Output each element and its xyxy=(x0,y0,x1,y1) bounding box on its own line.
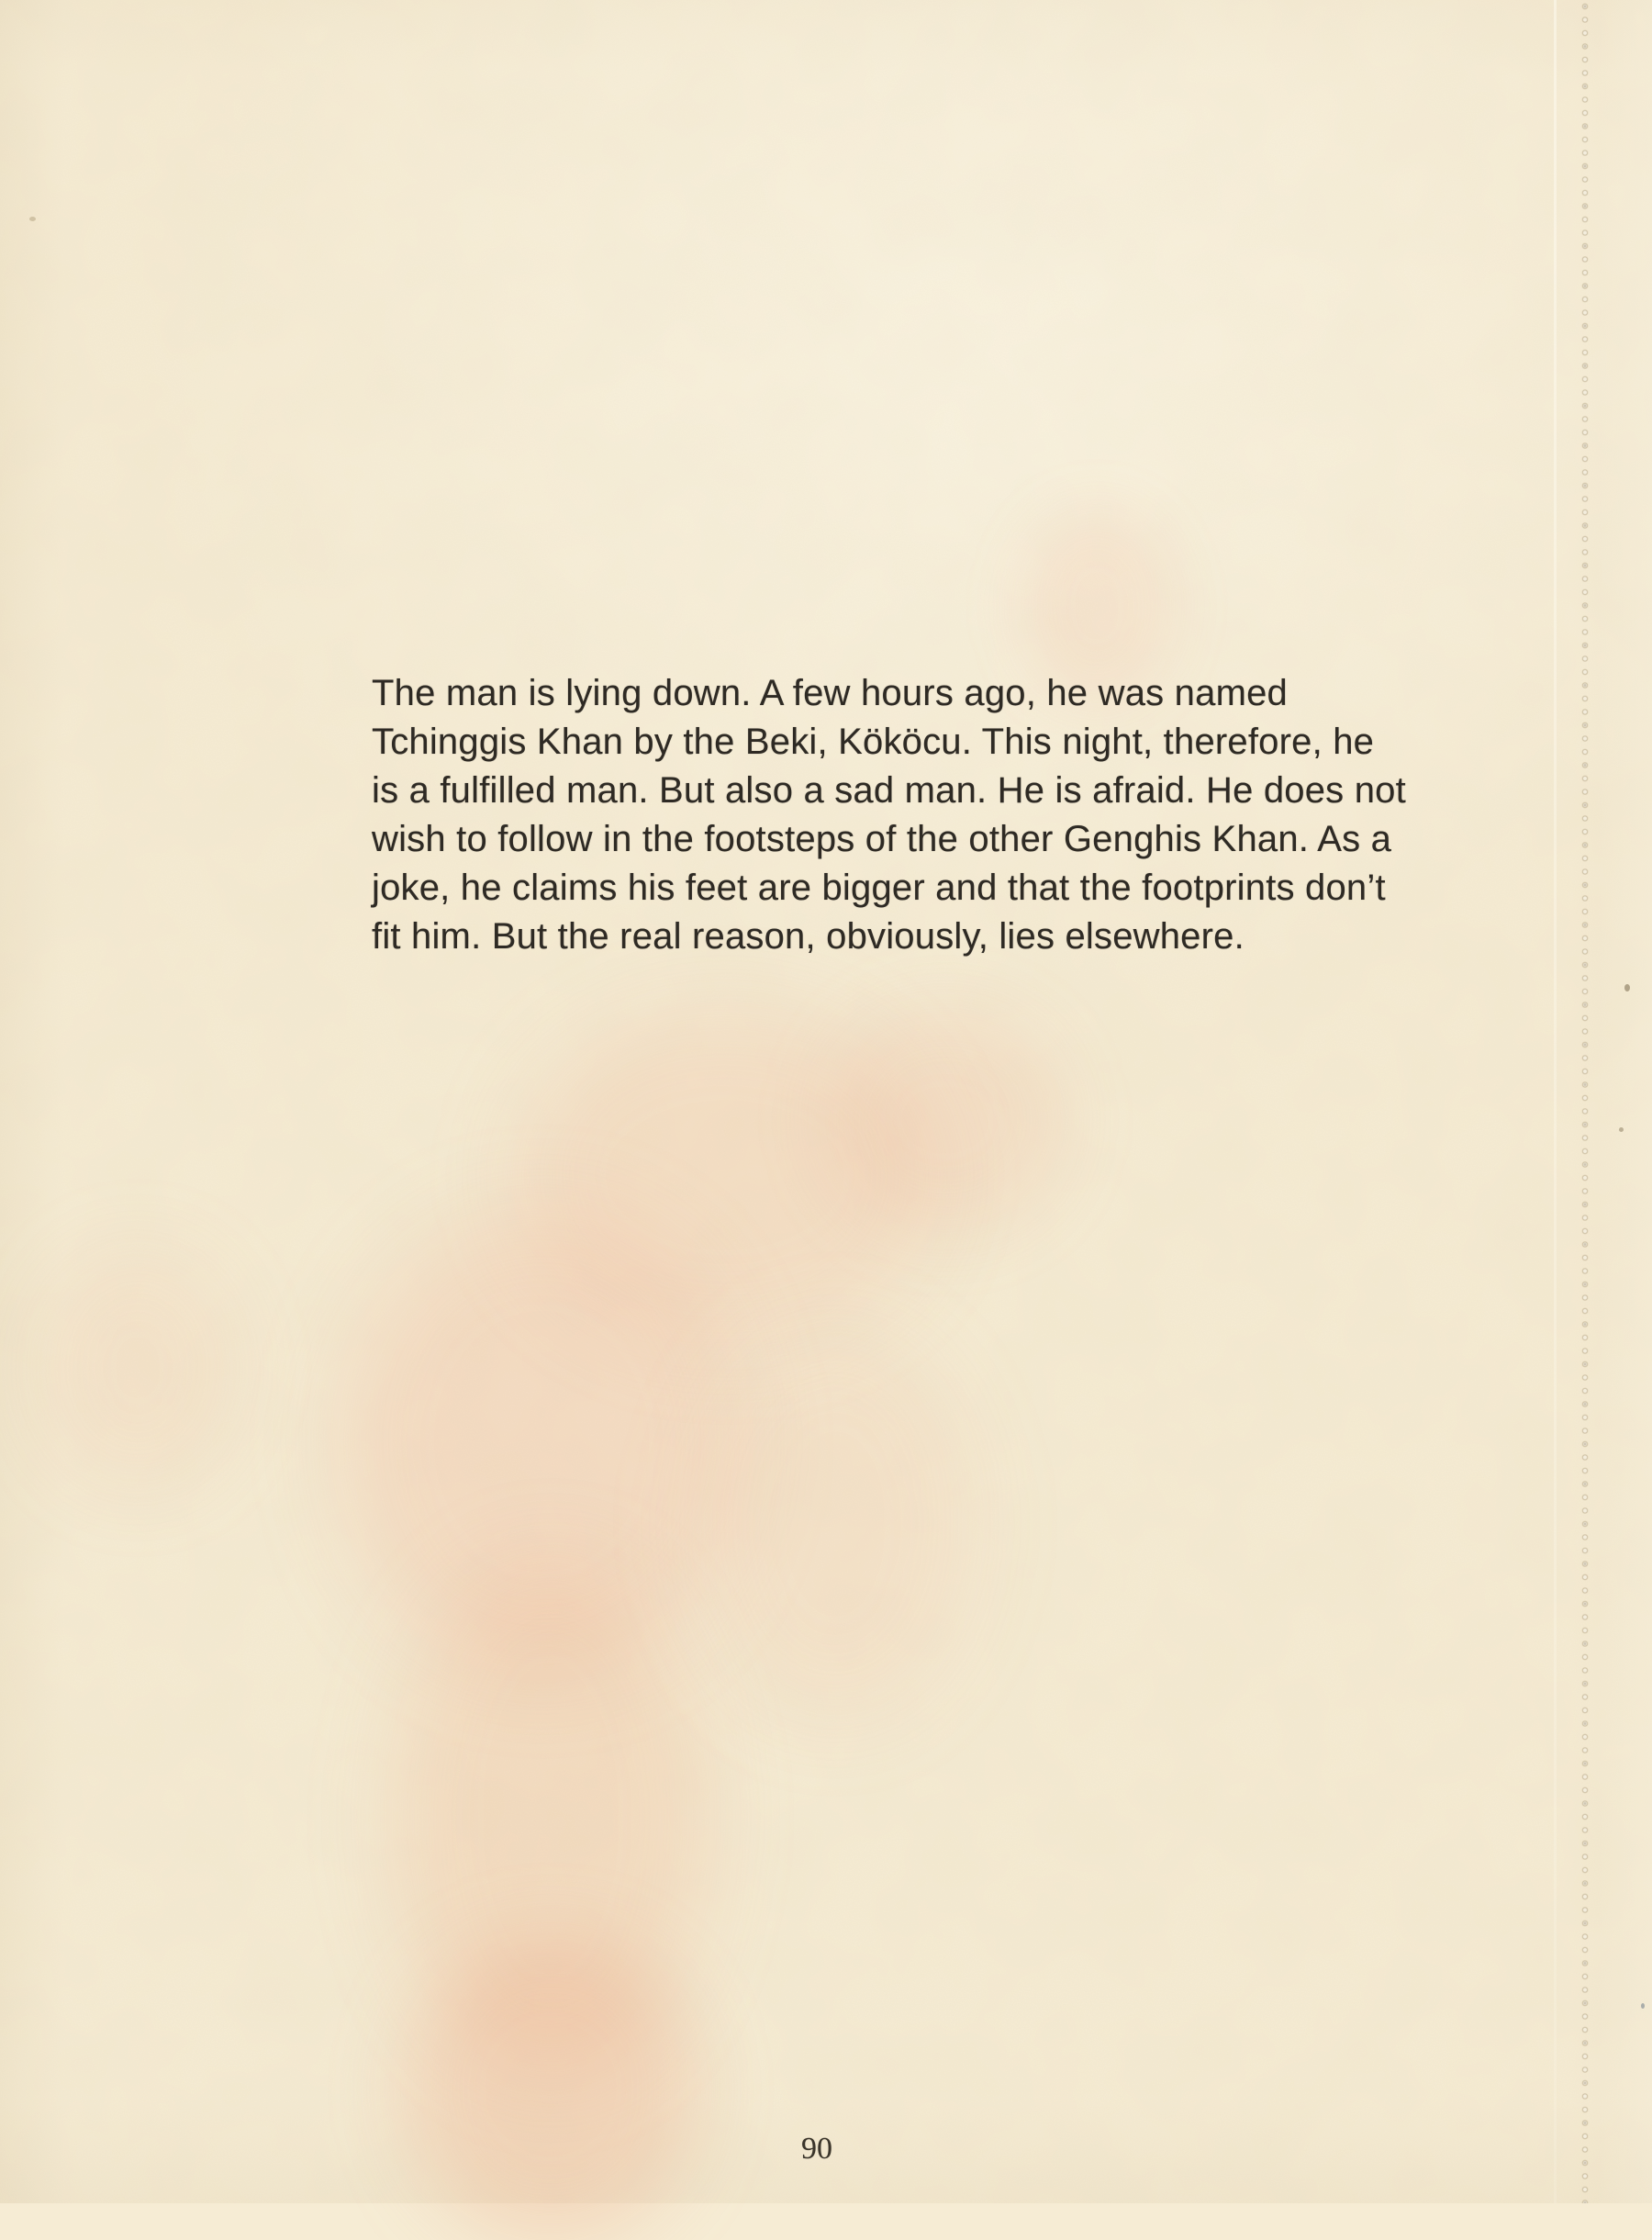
perforation-dotted-line xyxy=(1579,0,1591,2203)
dust-speck xyxy=(1641,2003,1645,2009)
body-text-line-6: fit him. But the real reason, obviously,… xyxy=(372,913,1288,961)
page-number: 90 xyxy=(0,2132,1634,2167)
page-crease xyxy=(1554,0,1557,2203)
paper-stain xyxy=(826,1010,1065,1230)
body-text-line-3: is a fulfilled man. But also a sad man. … xyxy=(372,767,1288,815)
page-edge-highlight xyxy=(1597,0,1652,2203)
book-page: The man is lying down. A few hours ago, … xyxy=(0,0,1652,2203)
body-text-line-5: joke, he claims his feet are bigger and … xyxy=(372,864,1288,913)
body-text-line-2: Tchinggis Khan by the Beki, Kököcu. This… xyxy=(372,718,1288,767)
paper-stain xyxy=(698,1331,973,1717)
body-text-line-1: The man is lying down. A few hours ago, … xyxy=(372,669,1288,718)
paper-stain xyxy=(37,1249,239,1487)
paper-stain xyxy=(395,1561,707,2075)
paper-texture xyxy=(0,0,1652,2203)
body-text-line-4: wish to follow in the footsteps of the o… xyxy=(372,815,1288,864)
paper-stain xyxy=(514,1010,936,1340)
body-paragraph: The man is lying down. A few hours ago, … xyxy=(372,669,1288,961)
dust-speck xyxy=(29,217,36,221)
paper-stain xyxy=(340,1212,743,1671)
dust-speck xyxy=(1624,984,1630,991)
dust-speck xyxy=(1619,1127,1624,1132)
